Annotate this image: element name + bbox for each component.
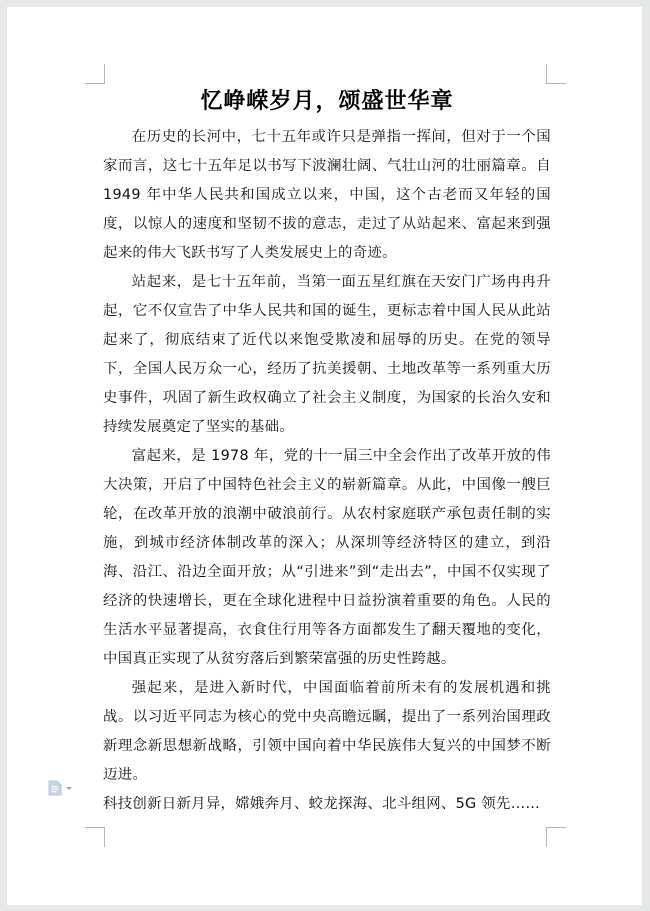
document-title: 忆峥嵘岁月，颂盛世华章 xyxy=(103,85,551,123)
corner-mark-bottom-left xyxy=(85,827,105,847)
corner-mark-top-left xyxy=(85,64,105,84)
paste-options-button[interactable] xyxy=(48,780,72,796)
paragraph-stand-up: 站起来，是七十五年前，当第一面五星红旗在天安门广场冉冉升起，它不仅宣告了中华人民… xyxy=(103,268,551,442)
chevron-down-icon xyxy=(66,787,72,790)
paste-options-icon xyxy=(48,780,62,796)
corner-mark-top-right xyxy=(546,64,566,84)
document-page: 忆峥嵘岁月，颂盛世华章 在历史的长河中，七十五年或许只是弹指一挥间，但对于一个国… xyxy=(7,7,642,905)
paragraph-tech: 科技创新日新月异，嫦娥奔月、蛟龙探海、北斗组网、5G 领先…… xyxy=(103,790,551,819)
paragraph-get-rich: 富起来，是 1978 年，党的十一届三中全会作出了改革开放的伟大决策，开启了中国… xyxy=(103,442,551,674)
document-body[interactable]: 忆峥嵘岁月，颂盛世华章 在历史的长河中，七十五年或许只是弹指一挥间，但对于一个国… xyxy=(103,85,551,819)
paragraph-intro: 在历史的长河中，七十五年或许只是弹指一挥间，但对于一个国家而言，这七十五年足以书… xyxy=(103,123,551,268)
paragraph-get-strong: 强起来，是进入新时代，中国面临着前所未有的发展机遇和挑战。以习近平同志为核心的党… xyxy=(103,674,551,790)
corner-mark-bottom-right xyxy=(546,827,566,847)
